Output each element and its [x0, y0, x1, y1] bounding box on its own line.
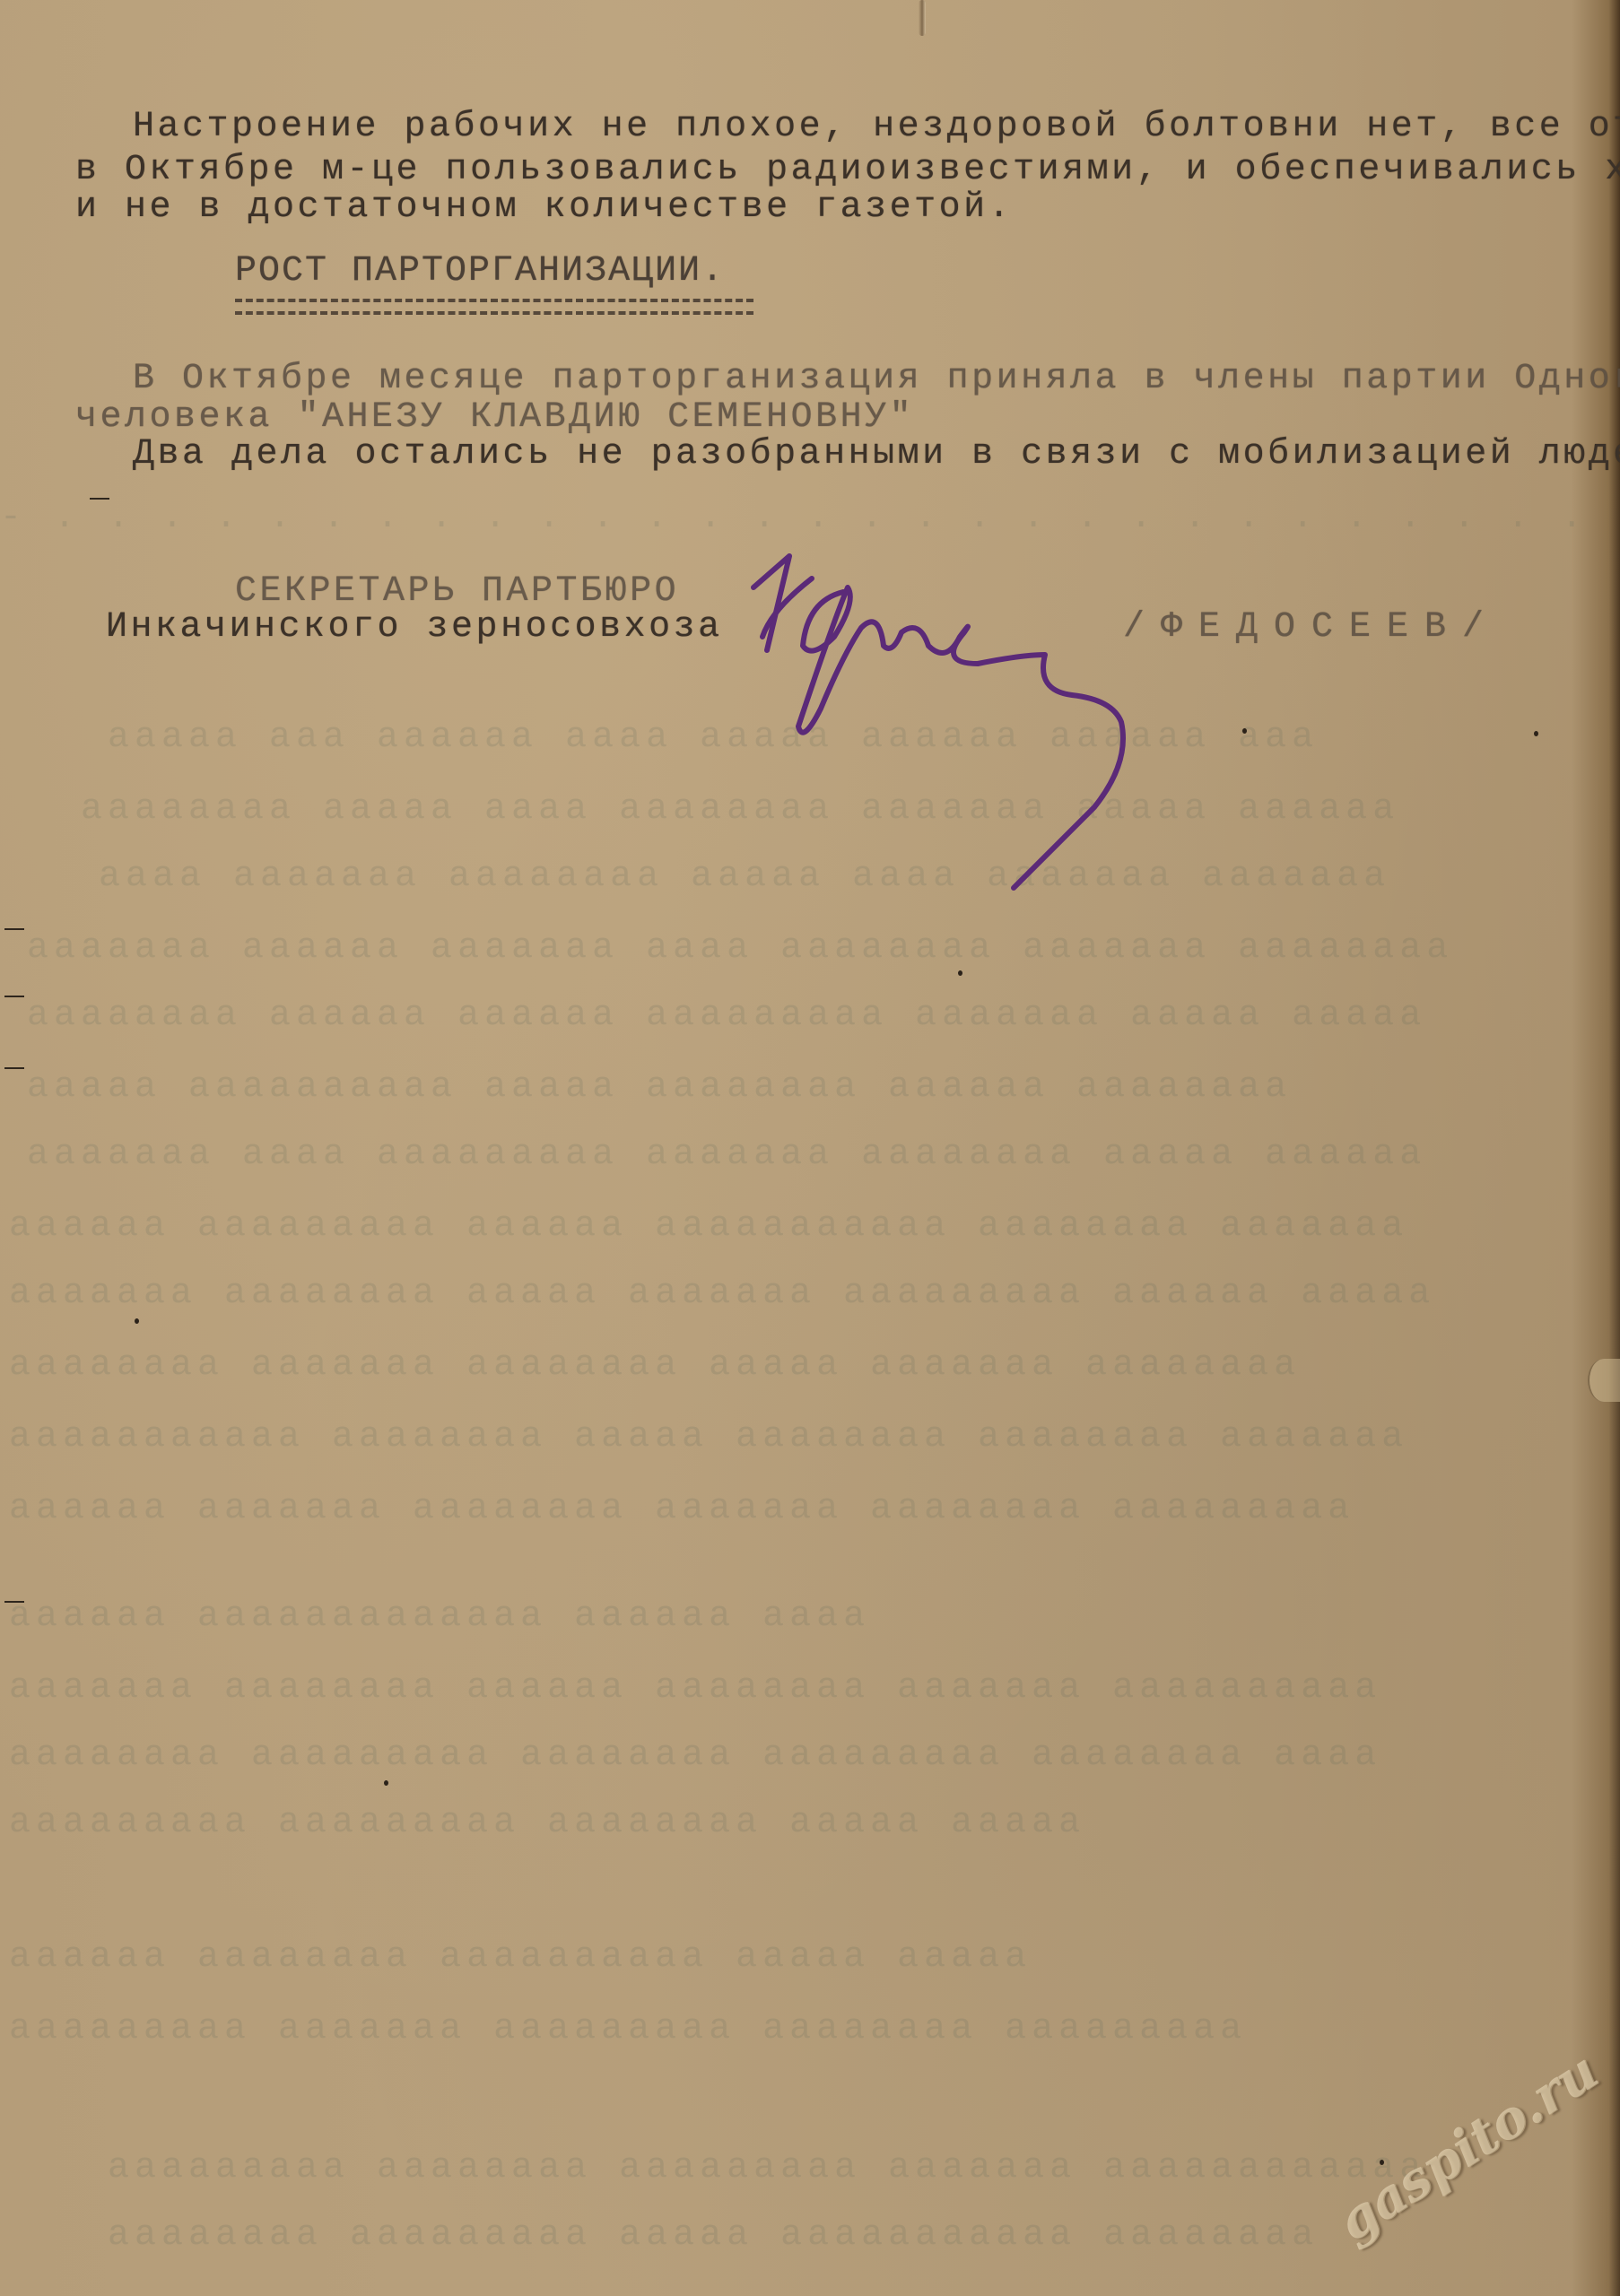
- bleed-through-text: аааааа ааааааааааааа аааааа аааа: [9, 1596, 1620, 1637]
- paper-tear-mark: [1588, 1359, 1620, 1402]
- section-heading: РОСТ ПАРТОРГАНИЗАЦИИ.: [235, 254, 725, 290]
- margin-dash-mark: [4, 1067, 24, 1069]
- paragraph-2-line-1: В Октябре месяце парторганизация приняла…: [133, 361, 1620, 397]
- margin-dash-mark: [90, 498, 109, 500]
- margin-dash-mark: [4, 996, 24, 997]
- handwritten-signature: [736, 538, 1184, 915]
- paragraph-2-line-2: человека "АНЕЗУ КЛАВДИЮ СЕМЕНОВНУ": [75, 400, 914, 436]
- ink-speck: [1242, 728, 1247, 734]
- bleed-through-text: ааааааааа ааааааа ааааааааа аааааааа ааа…: [9, 2009, 1620, 2049]
- bleed-through-text: ааааааааа ааааааааа аааааааа ааааа ааааа: [9, 1803, 1620, 1843]
- ink-speck: [135, 1318, 139, 1324]
- margin-dash-mark: [4, 928, 24, 930]
- paragraph-1-line-3: и не в достаточном количестве газетой.: [75, 190, 1013, 226]
- bleed-through-text: аааааа ааааааааа аааааа ааааааааааа аааа…: [9, 1206, 1620, 1247]
- ink-speck: [384, 1780, 388, 1786]
- bleed-through-text: аааааааа ааааааааа аааааааа ааааааааа аа…: [9, 1735, 1620, 1776]
- bleed-through-text: аааааа аааааааа аааааааааа ааааа ааааа: [9, 1937, 1620, 1978]
- bleed-through-text: ааааааа аааа ааааааааа ааааааа аааааааа …: [27, 1135, 1620, 1175]
- signatory-title-line-2: Инкачинского зерносовхоза: [106, 610, 723, 646]
- signatory-title-line-1: СЕКРЕТАРЬ ПАРТБЮРО: [235, 574, 679, 610]
- document-page: - . . . . . . . . . . . . . . . . . . . …: [0, 0, 1620, 2296]
- bleed-through-text: аааааааа ааааааа аааааааа ааааа ааааааа …: [9, 1345, 1620, 1386]
- bleed-through-text: ааааааа аааааа ааааааа аааа аааааааа ааа…: [27, 928, 1620, 969]
- paragraph-2-line-3: Два дела остались не разобранными в связ…: [133, 437, 1620, 473]
- bleed-through-text: аааааа ааааааа аааааааа ааааааа аааааааа…: [9, 1489, 1620, 1529]
- heading-underline: [235, 299, 753, 315]
- bleed-through-text: ааааааа аааааааа аааааа аааааааа ааааааа…: [9, 1668, 1620, 1709]
- paper-fold-mark: [919, 0, 926, 36]
- paragraph-1-line-2: в Октябре м-це пользовались радиоизвести…: [75, 152, 1620, 188]
- bleed-through-text: ааааааа аааааааа ааааа ааааааа ааааааааа…: [9, 1274, 1620, 1314]
- ink-speck: [958, 970, 962, 976]
- bleed-through-text: - . . . . . . . . . . . . . . . . . . . …: [0, 498, 1620, 538]
- margin-dash-mark: [4, 1601, 24, 1603]
- bleed-through-text: ааааа аааааааааа ааааа аааааааа аааааа а…: [27, 1067, 1620, 1108]
- bleed-through-text: аааааааа аааааа аааааа ааааааааа ааааааа…: [27, 996, 1620, 1036]
- paragraph-1-line-1: Настроение рабочих не плохое, нездоровой…: [133, 109, 1620, 145]
- bleed-through-text: ааааааааааа аааааааа ааааа аааааааа аааа…: [9, 1417, 1620, 1457]
- ink-speck: [1534, 731, 1538, 736]
